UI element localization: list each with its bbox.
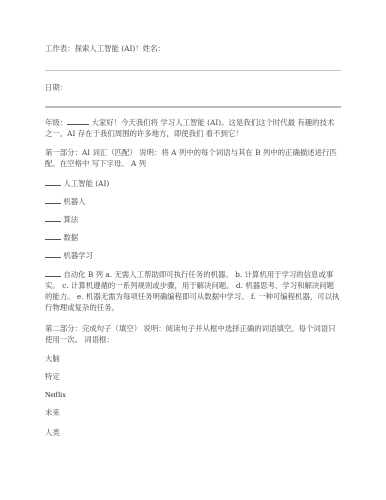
word-box-item: 未来 xyxy=(45,407,341,418)
grade-blank[interactable] xyxy=(67,124,89,125)
word-box-item: 人类 xyxy=(45,427,341,438)
word-box-word: 人类 xyxy=(45,428,60,437)
name-underline xyxy=(45,70,341,71)
date-label: 日期： xyxy=(45,83,67,92)
column-a-item: 数据 xyxy=(45,232,341,243)
answer-blank[interactable] xyxy=(45,257,61,258)
column-b-paragraph: 自动化 B 列 a. 无需人工帮助即可执行任务的机器。 b. 计算机用于学习的信… xyxy=(45,269,341,313)
column-a-term: 算法 xyxy=(63,215,78,224)
column-a-item: 算法 xyxy=(45,214,341,225)
part1-heading: 第一部分：AI 词汇（匹配） 说明：将 A 列中的每个词语与其在 B 列中的正确… xyxy=(45,147,341,169)
word-box-word: 特定 xyxy=(45,372,60,381)
word-box-item: 大脑 xyxy=(45,353,341,364)
word-box-word: 大脑 xyxy=(45,354,60,363)
intro-paragraph: 年级： 大家好！今天我们将 学习人工智能 (AI)。这是我们这个时代最 有趣的技… xyxy=(45,117,341,139)
part2-heading: 第二部分：完成句子（填空） 说明：阅读句子并从框中选择正确的词语填空。每个词语只… xyxy=(45,323,341,345)
column-a-item: 人工智能 (AI) xyxy=(45,178,341,189)
answer-blank[interactable] xyxy=(45,239,61,240)
word-box-word: 未来 xyxy=(45,408,60,417)
column-a-term: 机器学习 xyxy=(63,251,93,260)
title-name-label: 工作表：探索人工智能 (AI)！姓名： xyxy=(45,44,165,53)
column-a-term: 人工智能 (AI) xyxy=(63,179,109,188)
word-box-word: Netflix xyxy=(45,390,66,399)
worksheet-title-line: 工作表：探索人工智能 (AI)！姓名： xyxy=(45,43,341,54)
column-a-item: 机器人 xyxy=(45,196,341,207)
date-underline xyxy=(45,106,341,108)
word-box-item: Netflix xyxy=(45,389,341,400)
column-a-term: 机器人 xyxy=(63,197,85,206)
answer-blank[interactable] xyxy=(45,185,61,186)
column-b-descriptions: 自动化 B 列 a. 无需人工帮助即可执行任务的机器。 b. 计算机用于学习的信… xyxy=(45,270,339,312)
column-a-item: 机器学习 xyxy=(45,250,341,261)
answer-blank[interactable] xyxy=(45,221,61,222)
column-a-term: 数据 xyxy=(63,233,78,242)
intro-text: 大家好！今天我们将 学习人工智能 (AI)。这是我们这个时代最 有趣的技术之一。… xyxy=(45,118,334,138)
part2-instructions: 第二部分：完成句子（填空） 说明：阅读句子并从框中选择正确的词语填空。每个词语只… xyxy=(45,324,336,344)
answer-blank[interactable] xyxy=(45,203,61,204)
answer-blank[interactable] xyxy=(45,276,61,277)
worksheet-page: 工作表：探索人工智能 (AI)！姓名： 日期： 年级： 大家好！今天我们将 学习… xyxy=(0,0,386,500)
part1-instructions: 第一部分：AI 词汇（匹配） 说明：将 A 列中的每个词语与其在 B 列中的正确… xyxy=(45,148,337,168)
grade-label: 年级： xyxy=(45,118,67,127)
word-box-item: 特定 xyxy=(45,371,341,382)
date-line: 日期： xyxy=(45,82,341,93)
